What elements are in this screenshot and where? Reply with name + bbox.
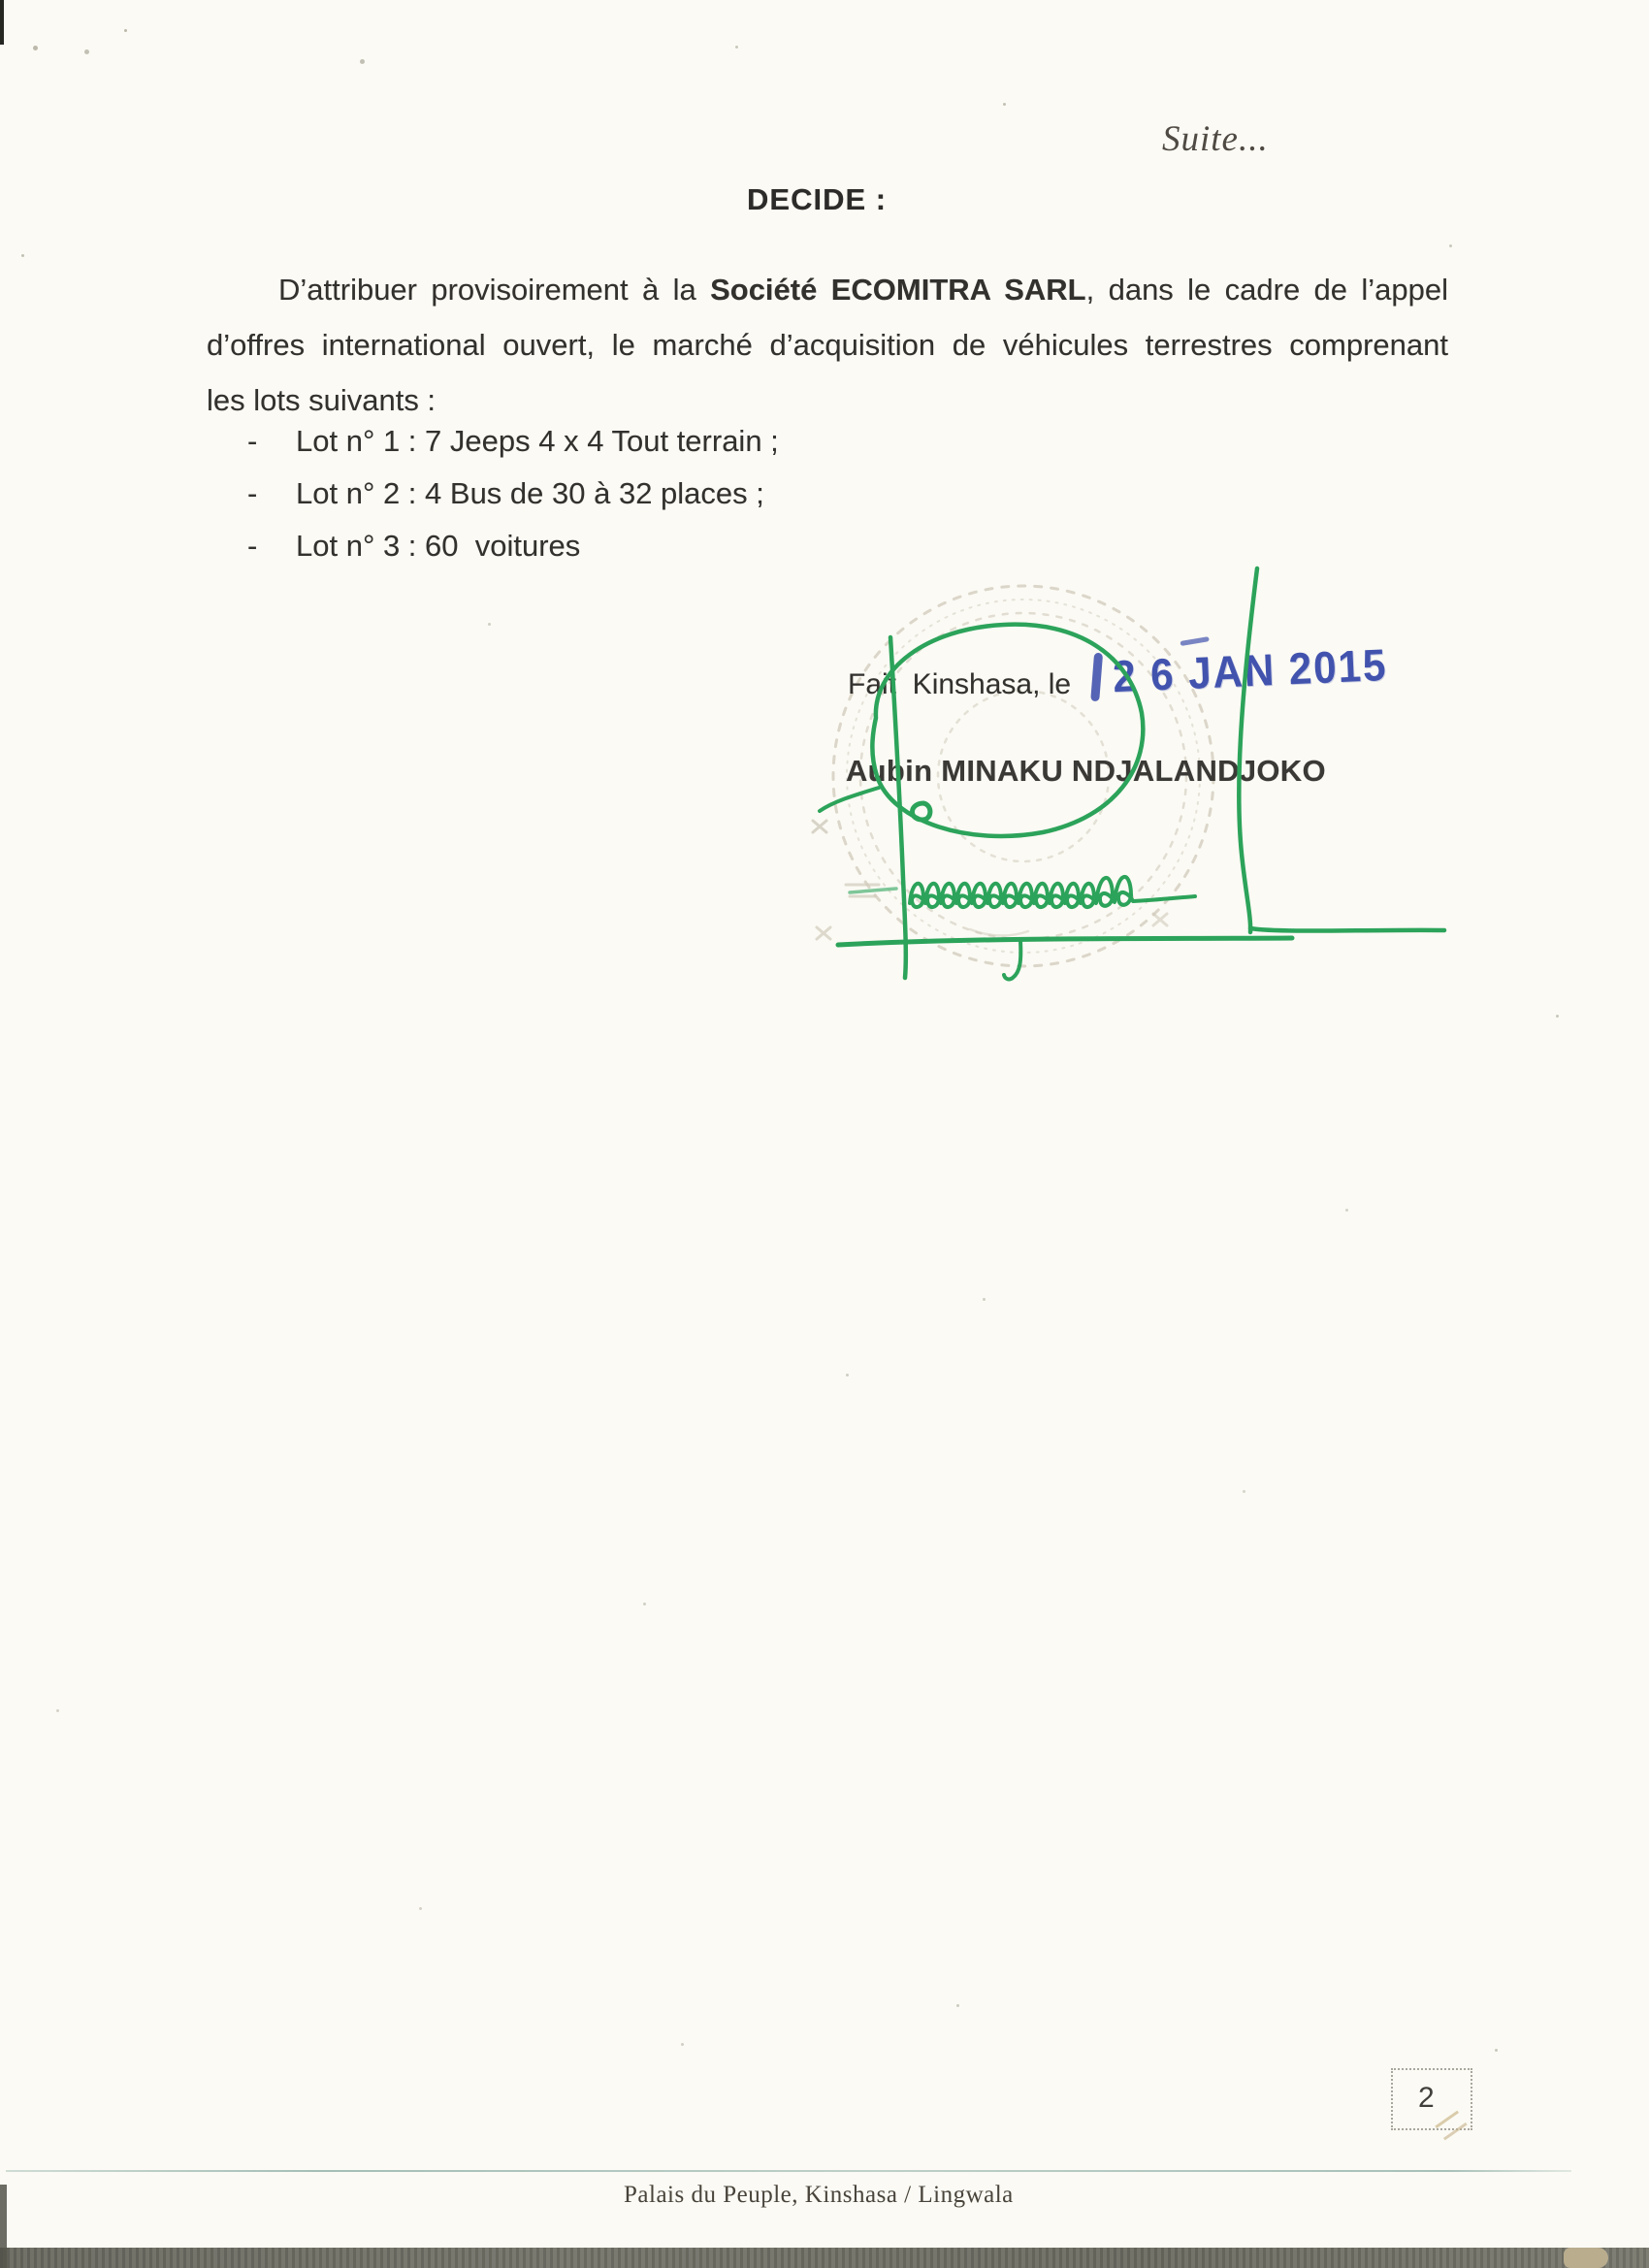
stamp-ink-dash <box>1180 636 1209 646</box>
place-date-line: Fait Kinshasa, le <box>848 668 1071 701</box>
signatory-name: Aubin MINAKU NDJALANDJOKO <box>846 754 1326 789</box>
footer-address: Palais du Peuple, Kinshasa / Lingwala <box>624 2182 1014 2209</box>
company-name: Société ECOMITRA SARL <box>710 273 1086 307</box>
continuation-note: Suite... <box>1162 118 1269 160</box>
lot-item-text: Lot n° 2 : 4 Bus de 30 à 32 places ; <box>296 476 764 511</box>
scan-edge-artifact-bottom <box>0 2185 7 2268</box>
scanned-decision-document: { "page": { "continuation_note": "Suite.… <box>0 0 1649 2268</box>
decision-heading: DECIDE : <box>747 182 887 217</box>
stamp-bracket-mark <box>1090 653 1103 702</box>
lot-list: - Lot n° 1 : 7 Jeeps 4 x 4 Tout terrain … <box>247 424 779 581</box>
lot-item-text: Lot n° 3 : 60 voitures <box>296 529 580 564</box>
lot-item-3: - Lot n° 3 : 60 voitures <box>247 529 779 564</box>
scan-edge-highlight <box>1564 2248 1608 2268</box>
scan-edge-artifact-top <box>0 0 4 45</box>
paper-specks <box>0 0 3 3</box>
bullet-dash: - <box>247 476 261 511</box>
stamp-date-text: 2 6 JAN 2015 <box>1112 638 1388 702</box>
lot-item-1: - Lot n° 1 : 7 Jeeps 4 x 4 Tout terrain … <box>247 424 779 459</box>
bullet-dash: - <box>247 424 261 459</box>
scan-edge-bar <box>0 2248 1649 2268</box>
page-number: 2 <box>1418 2082 1435 2115</box>
lot-item-text: Lot n° 1 : 7 Jeeps 4 x 4 Tout terrain ; <box>296 424 779 459</box>
decision-paragraph: D’attribuer provisoirement à la Société … <box>207 262 1448 428</box>
paragraph-line-2: d’offres international ouvert, le marché… <box>207 317 1448 373</box>
footer-rule <box>6 2170 1571 2172</box>
paragraph-line-1: D’attribuer provisoirement à la Société … <box>207 262 1448 317</box>
paragraph-line-3: les lots suivants : <box>207 373 1448 428</box>
lot-item-2: - Lot n° 2 : 4 Bus de 30 à 32 places ; <box>247 476 779 511</box>
date-stamp: 2 6 JAN 2015 <box>1091 637 1412 703</box>
bullet-dash: - <box>247 529 261 564</box>
